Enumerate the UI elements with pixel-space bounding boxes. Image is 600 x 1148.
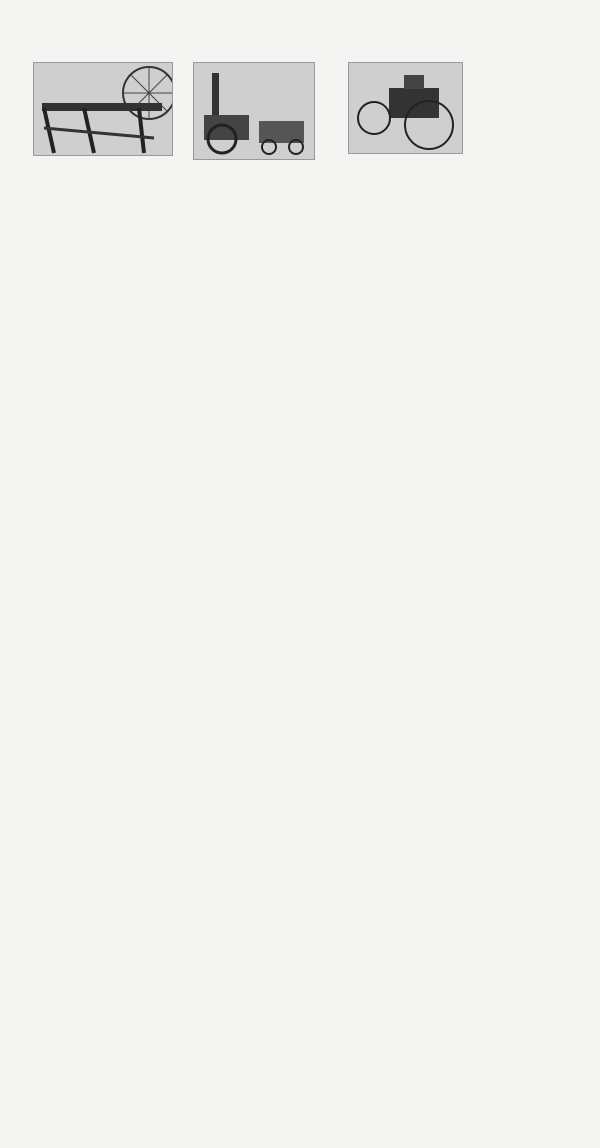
spinning-jenny-image	[33, 62, 173, 156]
early-locomotive-image	[193, 62, 315, 160]
early-automobile-image	[348, 62, 463, 154]
